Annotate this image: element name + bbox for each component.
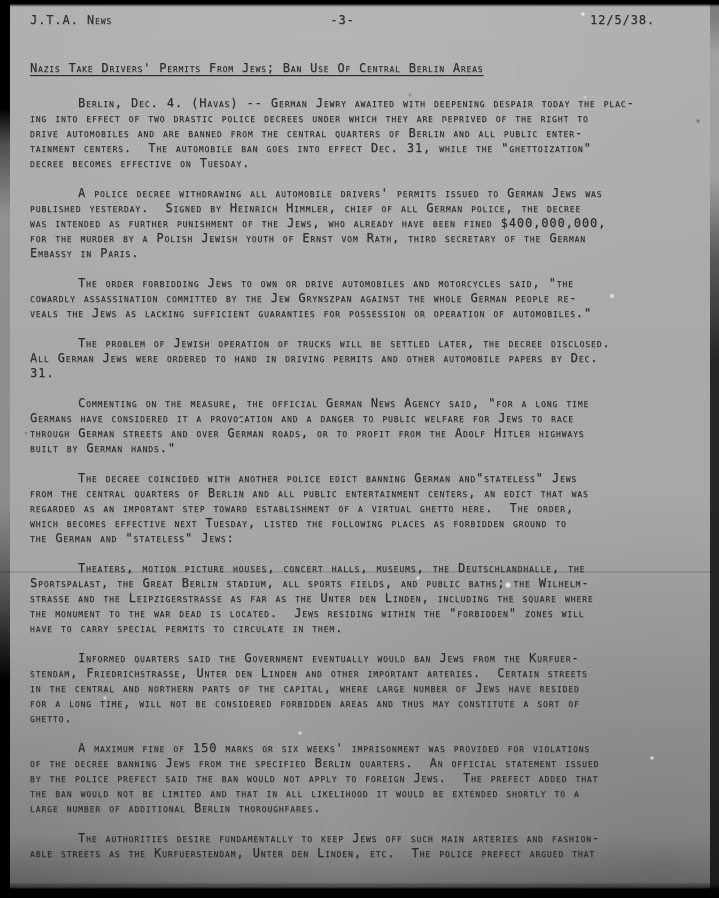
- text-line: published yesterday. Signed by Heinrich …: [30, 201, 705, 216]
- text-line: large number of additional Berlin thorou…: [30, 801, 705, 816]
- text-line: All German Jews were ordered to hand in …: [30, 351, 705, 366]
- text-line: for the murder by a Polish Jewish youth …: [30, 231, 705, 246]
- text-line: tainment centers. The automobile ban goe…: [30, 141, 705, 156]
- page-content: J.T.A. News -3- 12/5/38. Nazis Take Driv…: [0, 0, 719, 898]
- text-line: A maximum fine of 150 marks or six weeks…: [30, 741, 705, 756]
- paragraph: The order forbidding Jews to own or driv…: [30, 276, 705, 321]
- header-page-number: -3-: [330, 13, 354, 28]
- text-line: the monument to the war dead is located.…: [30, 606, 705, 621]
- text-line: veals the Jews as lacking sufficient gua…: [30, 306, 705, 321]
- text-line: was intended as further punishment of th…: [30, 216, 705, 231]
- scan-edge-right: [710, 0, 719, 898]
- text-line: of the decree banning Jews from the spec…: [30, 756, 705, 771]
- text-line: the German and "stateless" Jews:: [30, 531, 705, 546]
- header-date: 12/5/38.: [355, 13, 705, 28]
- paragraph: A police decree withdrawing all automobi…: [30, 186, 705, 261]
- header-agency: J.T.A. News: [30, 13, 330, 28]
- scanned-page: J.T.A. News -3- 12/5/38. Nazis Take Driv…: [0, 0, 719, 898]
- page-header: J.T.A. News -3- 12/5/38.: [30, 13, 705, 28]
- text-line: Embassy in Paris.: [30, 246, 705, 261]
- text-line: ing into effect of two drastic police de…: [30, 111, 705, 126]
- text-line: have to carry special permits to circula…: [30, 621, 705, 636]
- text-line: 31.: [30, 366, 705, 381]
- text-line: which becomes effective next Tuesday, li…: [30, 516, 705, 531]
- scan-crease-line: [0, 571, 719, 575]
- text-line: Germans have considered it a provocation…: [30, 411, 705, 426]
- text-line: through German streets and over German r…: [30, 426, 705, 441]
- text-line: Berlin, Dec. 4. (Havas) -- German Jewry …: [30, 96, 705, 111]
- paragraph: Commenting on the measure, the official …: [30, 396, 705, 456]
- text-line: A police decree withdrawing all automobi…: [30, 186, 705, 201]
- paragraph: A maximum fine of 150 marks or six weeks…: [30, 741, 705, 816]
- text-line: Informed quarters said the Government ev…: [30, 651, 705, 666]
- text-line: built by German hands.": [30, 441, 705, 456]
- paragraph: The decree coincided with another police…: [30, 471, 705, 546]
- paragraph: Berlin, Dec. 4. (Havas) -- German Jewry …: [30, 96, 705, 171]
- article-body: Berlin, Dec. 4. (Havas) -- German Jewry …: [30, 96, 705, 861]
- paragraph: The problem of Jewish operation of truck…: [30, 336, 705, 381]
- scan-edge-left: [0, 0, 10, 898]
- text-line: by the police prefect said the ban would…: [30, 771, 705, 786]
- text-line: Commenting on the measure, the official …: [30, 396, 705, 411]
- text-line: The problem of Jewish operation of truck…: [30, 336, 705, 351]
- text-line: cowardly assassination committed by the …: [30, 291, 705, 306]
- text-line: The order forbidding Jews to own or driv…: [30, 276, 705, 291]
- text-line: strasse and the Leipzigerstrasse as far …: [30, 591, 705, 606]
- text-line: stendam, Friedrichstrasse, Unter den Lin…: [30, 666, 705, 681]
- text-line: The decree coincided with another police…: [30, 471, 705, 486]
- text-line: Sportspalast, the Great Berlin stadium, …: [30, 576, 705, 591]
- scan-edge-top: [0, 0, 719, 7]
- text-line: decree becomes effective on Tuesday.: [30, 156, 705, 171]
- scan-edge-bottom: [0, 882, 719, 898]
- text-line: ghetto.: [30, 711, 705, 726]
- text-line: the ban would not be limited and that in…: [30, 786, 705, 801]
- text-line: in the central and northern parts of the…: [30, 681, 705, 696]
- text-line: regarded as an important step toward est…: [30, 501, 705, 516]
- text-line: for a long time, will not be considered …: [30, 696, 705, 711]
- scan-bottom-shadow: [0, 834, 719, 886]
- article-headline: Nazis Take Drivers' Permits From Jews; B…: [30, 61, 705, 76]
- text-line: drive automobiles and are banned from th…: [30, 126, 705, 141]
- text-line: from the central quarters of Berlin and …: [30, 486, 705, 501]
- paragraph: Informed quarters said the Government ev…: [30, 651, 705, 726]
